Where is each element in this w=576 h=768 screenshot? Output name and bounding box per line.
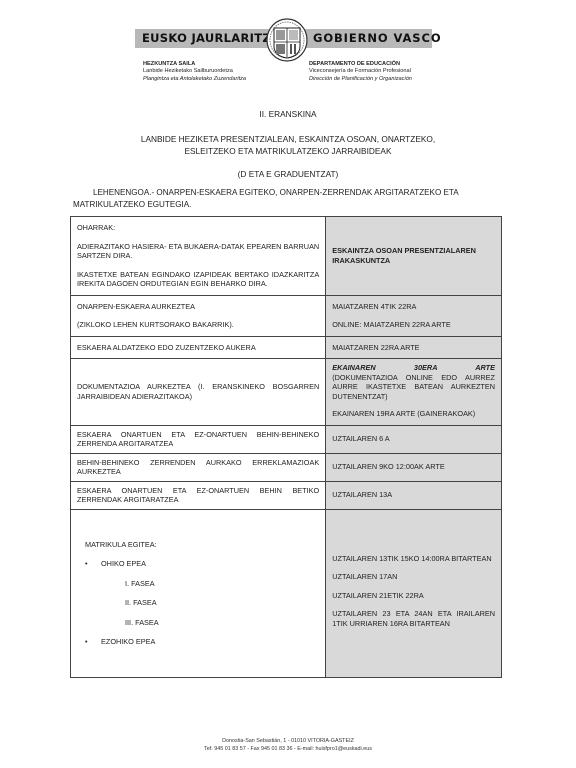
row-date: UZTAILAREN 9KO 12:00AK ARTE — [332, 462, 495, 472]
table-row: ONARPEN-ESKAERA AURKEZTEA (ZIKLOKO LEHEN… — [71, 295, 502, 336]
row-step: ESKAERA ONARTUEN ETA EZ-ONARTUEN BEHIN B… — [77, 486, 319, 505]
table-row: ESKAERA ONARTUEN ETA EZ-ONARTUEN BEHIN-B… — [71, 425, 502, 453]
row-date-cell: UZTAILAREN 6 A — [326, 425, 502, 453]
enrolment-date-cell: UZTAILAREN 13TIK 15KO 14:00RA BITARTEAN … — [326, 509, 502, 677]
note-dates-included: ADIERAZITAKO HASIERA- ETA BUKAERA-DATAK … — [77, 242, 319, 261]
enrolment-date-extraordinary: UZTAILAREN 23 ETA 24AN ETA IRAILAREN 1TI… — [332, 609, 495, 628]
dept-spanish: DEPARTAMENTO DE EDUCACIÓN Viceconsejería… — [309, 61, 412, 83]
enrolment-step-cell: MATRIKULA EGITEA: •OHIKO EPEA I. FASEA I… — [71, 509, 326, 677]
row-step: DOKUMENTAZIOA AURKEZTEA (I. ERANSKINEKO … — [77, 382, 319, 401]
dept-basque: HEZKUNTZA SAILA Lanbide Heziketako Sailb… — [143, 61, 246, 83]
row-date: MAIATZAREN 4TIK 22RA — [332, 302, 495, 312]
enrolment-phase3: III. FASEA — [85, 618, 319, 628]
row-step-cell: DOKUMENTAZIOA AURKEZTEA (I. ERANSKINEKO … — [71, 359, 326, 426]
row-date-cell: EKAINAREN 30ERA ARTE (DOKUMENTAZIOA ONLI… — [326, 359, 502, 426]
bullet-icon: • — [85, 559, 101, 569]
dept-basque-name: HEZKUNTZA SAILA — [143, 61, 246, 68]
row-step: ESKAERA ONARTUEN ETA EZ-ONARTUEN BEHIN-B… — [77, 430, 319, 449]
row-date: UZTAILAREN 13A — [332, 490, 495, 500]
row-date-cell: UZTAILAREN 9KO 12:00AK ARTE — [326, 453, 502, 481]
table-row: ESKAERA ALDATZEKO EDO ZUZENTZEKO AUKERA … — [71, 336, 502, 359]
row-date-cell: MAIATZAREN 4TIK 22RA ONLINE: MAIATZAREN … — [326, 295, 502, 336]
table-row-notes: OHARRAK: ADIERAZITAKO HASIERA- ETA BUKAE… — [71, 217, 502, 296]
row-step-cell: ONARPEN-ESKAERA AURKEZTEA (ZIKLOKO LEHEN… — [71, 295, 326, 336]
crest-icon — [266, 18, 308, 62]
enrolment-date-phase3: UZTAILAREN 21ETIK 22RA — [332, 591, 495, 601]
footer-contact: Tef. 945 01 83 57 - Fax 945 01 83 36 - E… — [0, 746, 576, 752]
enrolment-ordinary-label: OHIKO EPEA — [101, 559, 146, 568]
calendar-table: OHARRAK: ADIERAZITAKO HASIERA- ETA BUKAE… — [70, 216, 502, 678]
row-step-note: (ZIKLOKO LEHEN KURTSORAKO BAKARRIK). — [77, 320, 319, 330]
dept-spanish-line1: Viceconsejería de Formación Profesional — [309, 68, 412, 75]
dept-basque-line1: Lanbide Heziketako Sailburuordetza — [143, 68, 246, 75]
row-date-online-note: (DOKUMENTAZIOA ONLINE EDO AURREZ AURRE I… — [332, 373, 495, 402]
notes-label: OHARRAK: — [77, 223, 319, 233]
bullet-icon: • — [85, 637, 101, 647]
row-date-others: EKAINAREN 19RA ARTE (GAINERAKOAK) — [332, 409, 495, 419]
notes-cell: OHARRAK: ADIERAZITAKO HASIERA- ETA BUKAE… — [71, 217, 326, 296]
row-date-cell: MAIATZAREN 22RA ARTE — [326, 336, 502, 359]
row-date: UZTAILAREN 6 A — [332, 434, 495, 444]
column-header-cell: ESKAINTZA OSOAN PRESENTZIALAREN IRAKASKU… — [326, 217, 502, 296]
document-title-line1: LANBIDE HEZIKETA PRESENTZIALEAN, ESKAINT… — [0, 133, 576, 145]
enrolment-phase2: II. FASEA — [85, 598, 319, 608]
row-step: ONARPEN-ESKAERA AURKEZTEA — [77, 302, 319, 312]
document-subtitle: (D ETA E GRADUENTZAT) — [0, 169, 576, 179]
document-title-line2: ESLEITZEKO ETA MATRIKULATZEKO JARRAIBIDE… — [0, 145, 576, 157]
enrolment-extraordinary: •EZOHIKO EPEA — [85, 637, 319, 647]
row-date-online: ONLINE: MAIATZAREN 22RA ARTE — [332, 320, 495, 330]
document-title: LANBIDE HEZIKETA PRESENTZIALEAN, ESKAINT… — [0, 133, 576, 157]
enrolment-label: MATRIKULA EGITEA: — [85, 540, 319, 550]
dept-spanish-name: DEPARTAMENTO DE EDUCACIÓN — [309, 61, 412, 68]
annex-heading: II. ERANSKINA — [0, 109, 576, 119]
enrolment-phase1: I. FASEA — [85, 579, 319, 589]
column-header: ESKAINTZA OSOAN PRESENTZIALAREN IRAKASKU… — [332, 246, 495, 265]
enrolment-extraordinary-label: EZOHIKO EPEA — [101, 637, 155, 646]
section-intro: LEHENENGOA.- ONARPEN-ESKAERA EGITEKO, ON… — [73, 187, 513, 211]
table-row-enrolment: MATRIKULA EGITEA: •OHIKO EPEA I. FASEA I… — [71, 509, 502, 677]
table-row: DOKUMENTAZIOA AURKEZTEA (I. ERANSKINEKO … — [71, 359, 502, 426]
section-intro-line1: LEHENENGOA.- ONARPEN-ESKAERA EGITEKO, ON… — [73, 187, 513, 199]
dept-spanish-line2: Dirección de Planificación y Organizació… — [309, 76, 412, 83]
row-step-cell: ESKAERA ALDATZEKO EDO ZUZENTZEKO AUKERA — [71, 336, 326, 359]
section-intro-line2: MATRIKULATZEKO EGUTEGIA. — [73, 199, 513, 211]
banner-basque-name: EUSKO JAURLARITZA — [142, 31, 280, 45]
table-row: BEHIN-BEHINEKO ZERRENDEN AURKAKO ERREKLA… — [71, 453, 502, 481]
enrolment-date-phase1: UZTAILAREN 13TIK 15KO 14:00RA BITARTEAN — [332, 554, 495, 564]
footer-address: Donostia-San Sebastián, 1 - 01010 VITORI… — [0, 738, 576, 744]
row-date: MAIATZAREN 22RA ARTE — [332, 343, 495, 353]
row-step: BEHIN-BEHINEKO ZERRENDEN AURKAKO ERREKLA… — [77, 458, 319, 477]
row-step-cell: ESKAERA ONARTUEN ETA EZ-ONARTUEN BEHIN-B… — [71, 425, 326, 453]
row-date-block: EKAINAREN 30ERA ARTE (DOKUMENTAZIOA ONLI… — [332, 363, 495, 401]
row-date-emphasis: EKAINAREN 30ERA ARTE — [332, 363, 495, 373]
row-date-cell: UZTAILAREN 13A — [326, 481, 502, 509]
dept-basque-line2: Plangintza eta Antolaketako Zuzendaritza — [143, 76, 246, 83]
row-step: ESKAERA ALDATZEKO EDO ZUZENTZEKO AUKERA — [77, 343, 319, 353]
enrolment-date-phase2: UZTAILAREN 17AN — [332, 572, 495, 582]
enrolment-ordinary: •OHIKO EPEA — [85, 559, 319, 569]
note-school-hours: IKASTETXE BATEAN EGINDAKO IZAPIDEAK BERT… — [77, 270, 319, 289]
row-step-cell: ESKAERA ONARTUEN ETA EZ-ONARTUEN BEHIN B… — [71, 481, 326, 509]
banner-spanish-name: GOBIERNO VASCO — [313, 31, 442, 45]
row-step-cell: BEHIN-BEHINEKO ZERRENDEN AURKAKO ERREKLA… — [71, 453, 326, 481]
table-row: ESKAERA ONARTUEN ETA EZ-ONARTUEN BEHIN B… — [71, 481, 502, 509]
